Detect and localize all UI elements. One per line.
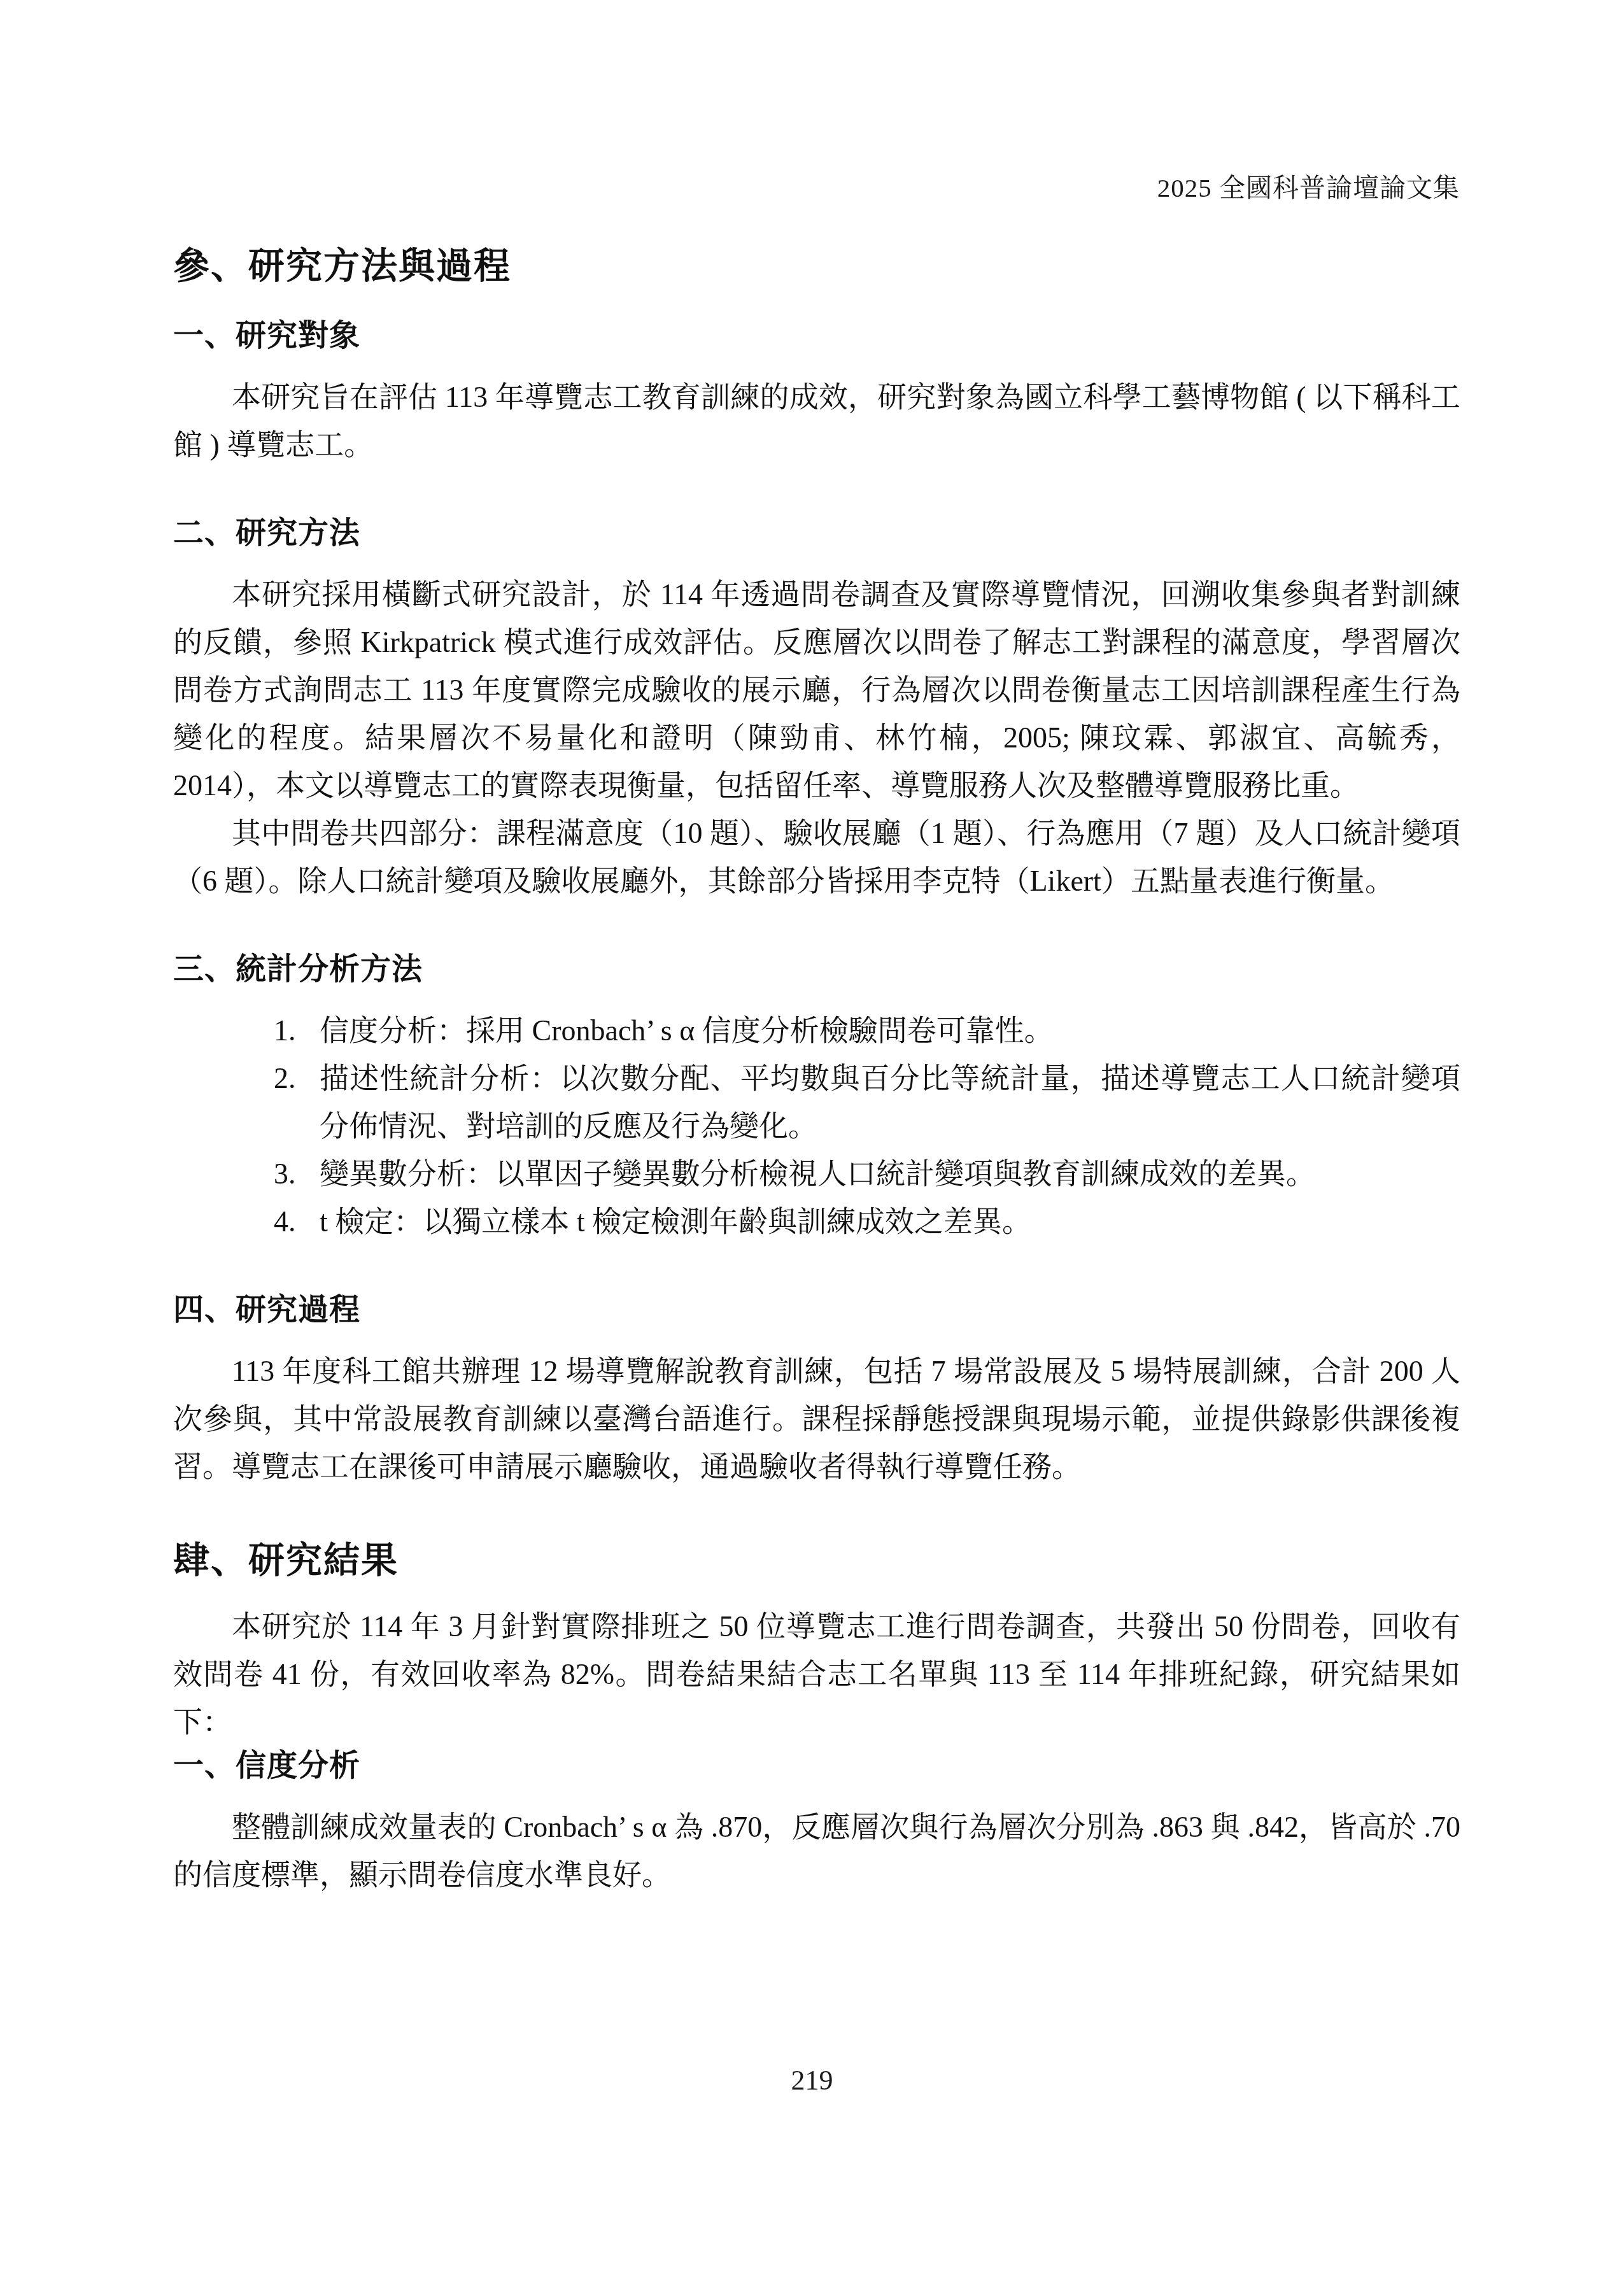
section-heading-results: 肆、研究結果	[173, 1536, 1460, 1586]
list-item-text: 變異數分析：以單因子變異數分析檢視人口統計變項與教育訓練成效的差異。	[320, 1150, 1460, 1198]
section-heading-methods: 參、研究方法與過程	[173, 242, 1460, 292]
running-header: 2025 全國科普論壇論文集	[1157, 167, 1460, 204]
list-item-number: 4.	[274, 1198, 320, 1245]
list-item: 3. 變異數分析：以單因子變異數分析檢視人口統計變項與教育訓練成效的差異。	[274, 1150, 1460, 1198]
list-item: 4. t 檢定：以獨立樣本 t 檢定檢測年齡與訓練成效之差異。	[274, 1198, 1460, 1245]
list-item-text: 信度分析：採用 Cronbach’ s α 信度分析檢驗問卷可靠性。	[320, 1007, 1460, 1054]
subsection-heading-research-subjects: 一、研究對象	[173, 316, 1460, 357]
statistical-methods-list: 1. 信度分析：採用 Cronbach’ s α 信度分析檢驗問卷可靠性。 2.…	[173, 1007, 1460, 1245]
paragraph-reliability-analysis: 整體訓練成效量表的 Cronbach’ s α 為 .870，反應層次與行為層次…	[173, 1803, 1460, 1899]
subsection-heading-reliability-analysis: 一、信度分析	[173, 1746, 1460, 1786]
list-item-number: 1.	[274, 1007, 320, 1054]
list-item-text: 描述性統計分析：以次數分配、平均數與百分比等統計量，描述導覽志工人口統計變項分佈…	[320, 1054, 1460, 1150]
page-content: 參、研究方法與過程 一、研究對象 本研究旨在評估 113 年導覽志工教育訓練的成…	[173, 242, 1460, 1899]
list-item-text: t 檢定：以獨立樣本 t 檢定檢測年齡與訓練成效之差異。	[320, 1198, 1460, 1245]
subsection-heading-research-method: 二、研究方法	[173, 513, 1460, 554]
list-item: 1. 信度分析：採用 Cronbach’ s α 信度分析檢驗問卷可靠性。	[274, 1007, 1460, 1054]
page-number: 219	[0, 2064, 1624, 2097]
subsection-heading-statistical-analysis: 三、統計分析方法	[173, 949, 1460, 990]
paragraph-research-method-2: 其中問卷共四部分：課程滿意度（10 題）、驗收展廳（1 題）、行為應用（7 題）…	[173, 809, 1460, 905]
paragraph-research-process: 113 年度科工館共辦理 12 場導覽解說教育訓練，包括 7 場常設展及 5 場…	[173, 1347, 1460, 1490]
list-item-number: 2.	[274, 1054, 320, 1150]
subsection-heading-research-process: 四、研究過程	[173, 1290, 1460, 1331]
paragraph-research-subjects: 本研究旨在評估 113 年導覽志工教育訓練的成效，研究對象為國立科學工藝博物館 …	[173, 373, 1460, 469]
list-item: 2. 描述性統計分析：以次數分配、平均數與百分比等統計量，描述導覽志工人口統計變…	[274, 1054, 1460, 1150]
paragraph-research-method-1: 本研究採用橫斷式研究設計，於 114 年透過問卷調查及實際導覽情況，回溯收集參與…	[173, 570, 1460, 809]
list-item-number: 3.	[274, 1150, 320, 1198]
document-page: 2025 全國科普論壇論文集 參、研究方法與過程 一、研究對象 本研究旨在評估 …	[0, 0, 1624, 2278]
paragraph-results-intro: 本研究於 114 年 3 月針對實際排班之 50 位導覽志工進行問卷調查，共發出…	[173, 1602, 1460, 1746]
